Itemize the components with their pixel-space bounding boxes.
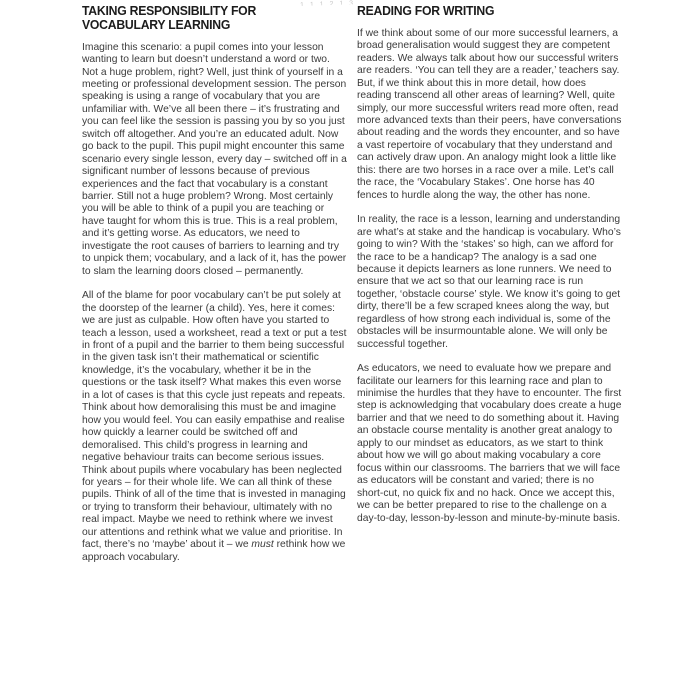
- column-left-paragraphs: Imagine this scenario: a pupil comes int…: [82, 42, 348, 565]
- paragraph: All of the blame for poor vocabulary can…: [82, 290, 348, 564]
- column-left: TAKING RESPONSIBILITY FOR VOCABULARY LEA…: [82, 5, 348, 576]
- section-heading-reading-for-writing: READING FOR WRITING: [357, 5, 615, 19]
- paragraph: In reality, the race is a lesson, learni…: [357, 214, 623, 351]
- paragraph: As educators, we need to evaluate how we…: [357, 363, 623, 525]
- column-right: READING FOR WRITING If we think about so…: [357, 5, 623, 537]
- two-column-layout: TAKING RESPONSIBILITY FOR VOCABULARY LEA…: [82, 5, 623, 576]
- section-heading-vocabulary-learning: TAKING RESPONSIBILITY FOR VOCABULARY LEA…: [82, 5, 340, 33]
- book-page: 1 1 1 2 1 3 TAKING RESPONSIBILITY FOR VO…: [0, 0, 700, 700]
- paragraph: Imagine this scenario: a pupil comes int…: [82, 42, 348, 279]
- paragraph: If we think about some of our more succe…: [357, 28, 623, 202]
- column-right-paragraphs: If we think about some of our more succe…: [357, 28, 623, 525]
